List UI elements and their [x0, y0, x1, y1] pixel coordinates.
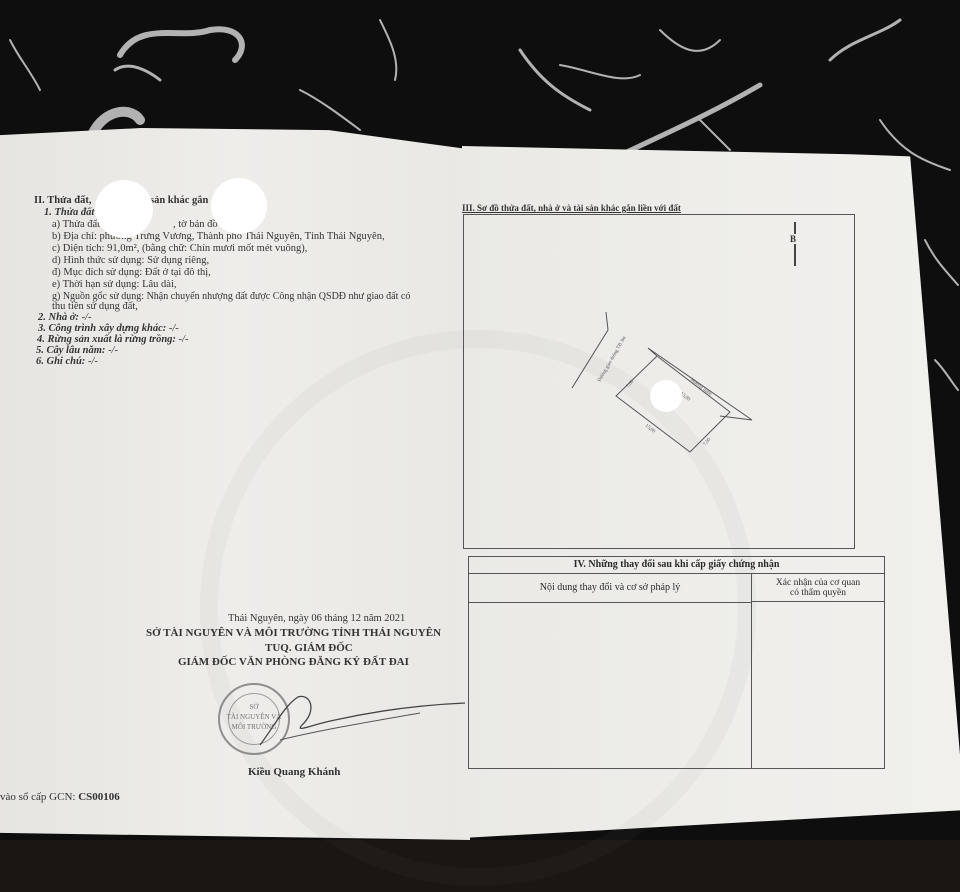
item1-heading: 1. Thửa đất — [44, 207, 94, 219]
section-heading-right: sản khác gắn — [150, 195, 208, 207]
table-divider — [751, 602, 752, 768]
line-c: c) Diện tích: 91,0m², (bằng chữ: Chín mư… — [52, 243, 307, 255]
line-a-left: a) Thửa đất — [52, 219, 100, 231]
handwritten-signature — [240, 685, 470, 755]
tuq-label: TUQ. GIÁM ĐỐC — [265, 642, 353, 654]
section-heading-left: II. Thửa đất, — [34, 195, 91, 207]
org-name: SỞ TÀI NGUYÊN VÀ MÔI TRƯỜNG TỈNH THÁI NG… — [146, 627, 441, 639]
svg-text:Đường giao thông TB 3m: Đường giao thông TB 3m — [597, 336, 627, 383]
redaction-blur — [650, 380, 682, 412]
changes-table-col-confirmation: Xác nhận của cơ quan có thẩm quyền — [752, 574, 884, 602]
redaction-blur — [95, 180, 153, 238]
date-line: Thái Nguyên, ngày 06 tháng 12 năm 2021 — [228, 613, 405, 624]
svg-text:7,00: 7,00 — [626, 379, 636, 389]
line-e: e) Thời hạn sử dụng: Lâu dài, — [52, 279, 176, 291]
changes-table-title: IV. Những thay đổi sau khi cấp giấy chứn… — [469, 557, 884, 574]
redaction-blur — [211, 178, 267, 234]
north-label: B — [790, 234, 796, 244]
signer-title: GIÁM ĐỐC VĂN PHÒNG ĐĂNG KÝ ĐẤT ĐAI — [178, 656, 409, 668]
signer-name: Kiều Quang Khánh — [248, 766, 340, 778]
changes-table: IV. Những thay đổi sau khi cấp giấy chứn… — [468, 556, 885, 769]
svg-text:Mương nước: Mương nước — [689, 378, 713, 399]
north-arrow-icon — [794, 222, 796, 266]
registry-line: vào sổ cấp GCN: CS00106 — [0, 791, 120, 803]
line-d1: d) Hình thức sử dụng: Sử dụng riêng, — [52, 255, 209, 267]
line-a-right: , tờ bản đồ — [173, 219, 218, 231]
line-b: b) Địa chỉ: phường Trưng Vương, Thành ph… — [52, 231, 385, 243]
item6-ghi-chu: 6. Ghi chú: -/- — [36, 356, 98, 368]
map-section-title: III. Sơ đồ thửa đất, nhà ở và tài sản kh… — [462, 203, 681, 213]
changes-table-col-content: Nội dung thay đổi và cơ sở pháp lý — [469, 574, 752, 603]
line-d2: đ) Mục đích sử dụng: Đất ở tại đô thị, — [52, 267, 211, 279]
